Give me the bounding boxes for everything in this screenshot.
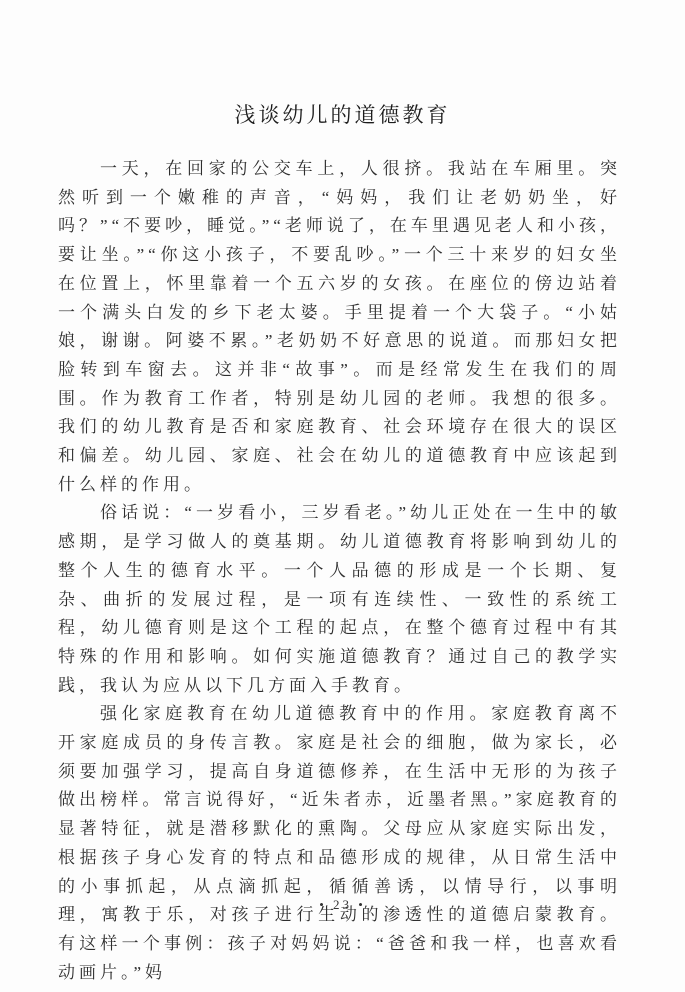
paragraph-2: 俗话说：“一岁看小，三岁看老。”幼儿正处在一生中的敏感期，是学习做人的奠基期。幼… [58,499,621,700]
page-title: 浅谈幼儿的道德教育 [0,100,685,130]
document-body: 一天，在回家的公交车上，人很挤。我站在车厢里。突然听到一个嫩稚的声音，“妈妈，我… [58,155,621,987]
paragraph-3: 强化家庭教育在幼儿道德教育中的作用。家庭教育离不开家庭成员的身传言教。家庭是社会… [58,700,621,987]
paragraph-1: 一天，在回家的公交车上，人很挤。我站在车厢里。突然听到一个嫩稚的声音，“妈妈，我… [58,155,621,499]
page-number: • 23 • [0,897,685,913]
document-page: 浅谈幼儿的道德教育 一天，在回家的公交车上，人很挤。我站在车厢里。突然听到一个嫩… [0,0,685,992]
